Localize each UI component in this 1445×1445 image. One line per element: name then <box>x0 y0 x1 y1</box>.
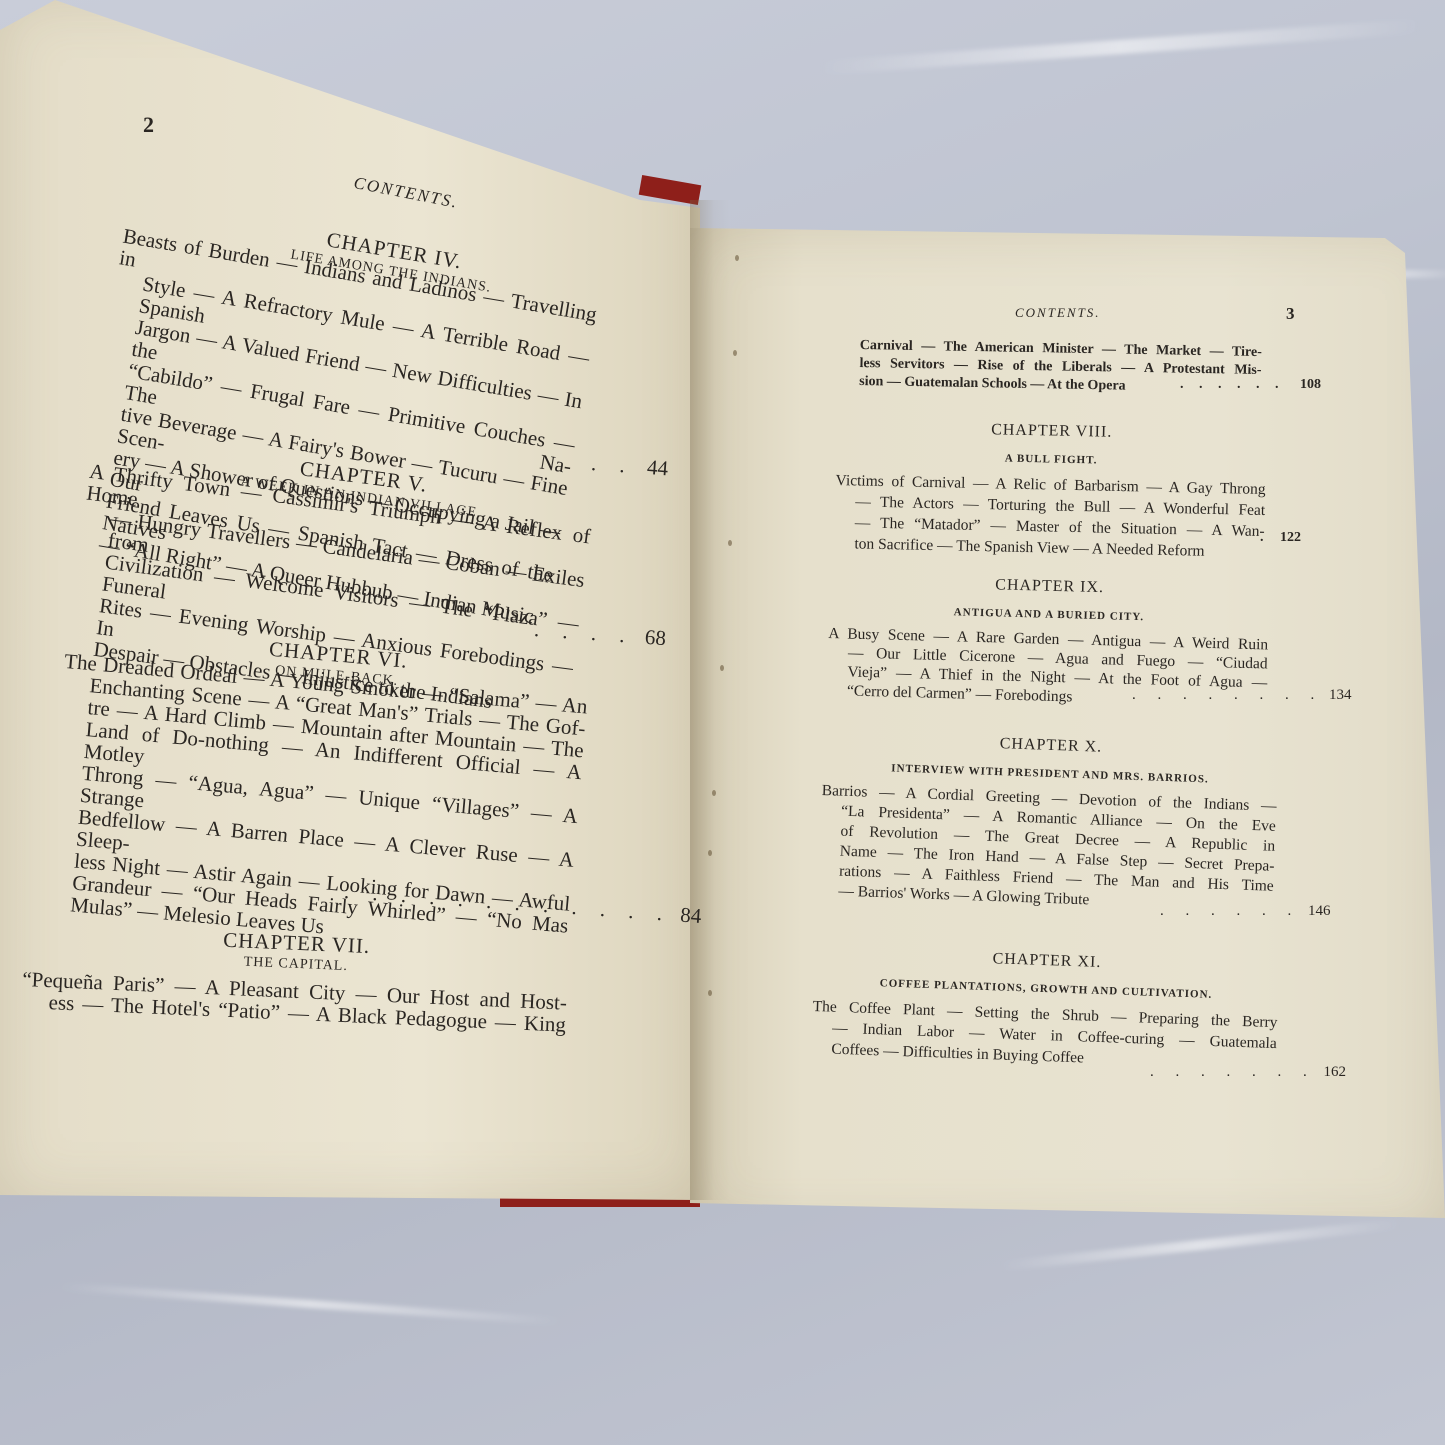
page-number: 162 <box>1324 1064 1347 1080</box>
chapter-iv-leader: . . 44 <box>590 452 668 479</box>
dot-leader: . . . . . . <box>1160 903 1300 919</box>
chapter-x-leader: . . . . . . 146 <box>1160 901 1331 922</box>
plastic-wrap-highlight <box>820 19 1420 75</box>
stitch-mark <box>735 255 739 261</box>
page-number: 146 <box>1308 903 1331 919</box>
page-number: 44 <box>646 455 669 480</box>
page-number: 134 <box>1329 687 1352 703</box>
dot-leader: . . . . . . . <box>1150 1064 1316 1080</box>
plastic-wrap-highlight <box>60 1283 559 1326</box>
continuation-leader: . . . . . . 108 <box>1180 374 1321 395</box>
chapter-xi: CHAPTER XI. COFFEE PLANTATIONS, GROWTH A… <box>811 942 1280 1075</box>
book-gutter <box>690 200 730 1200</box>
chapter-xi-leader: . . . . . . . 162 <box>1150 1062 1346 1083</box>
chapter-viii: CHAPTER VIII. A BULL FIGHT. Victims of C… <box>834 416 1267 563</box>
page-number: 84 <box>680 903 703 928</box>
page-number: 108 <box>1300 377 1321 392</box>
stitch-mark <box>728 540 732 546</box>
page-number: 122 <box>1280 530 1301 545</box>
right-running-head: CONTENTS. <box>1015 302 1101 323</box>
dot-leader: . . . . . . . . <box>1132 687 1323 703</box>
chapter-summary: Barrios — A Cordial Greeting — Devotion … <box>818 781 1277 917</box>
stitch-mark <box>708 990 712 996</box>
chapter-viii-leader: . 122 <box>1260 527 1301 548</box>
dot-leader: . . . . . . <box>1180 377 1285 392</box>
chapter-ix-leader: . . . . . . . . 134 <box>1132 685 1352 706</box>
stitch-mark <box>708 850 712 856</box>
stitch-mark <box>720 665 724 671</box>
chapter-summary: Victims of Carnival — A Relic of Barbari… <box>834 470 1266 563</box>
page-number: 68 <box>644 625 667 650</box>
dot-leader: . <box>1260 530 1273 545</box>
left-page-folio: 2 <box>143 112 154 138</box>
stitch-mark <box>733 350 737 356</box>
stitch-mark <box>712 790 716 796</box>
chapter-x: CHAPTER X. INTERVIEW WITH PRESIDENT AND … <box>818 727 1279 917</box>
dot-leader: . . <box>590 451 634 478</box>
right-page-folio: 3 <box>1286 304 1295 324</box>
plastic-wrap-highlight <box>1001 1219 1400 1271</box>
